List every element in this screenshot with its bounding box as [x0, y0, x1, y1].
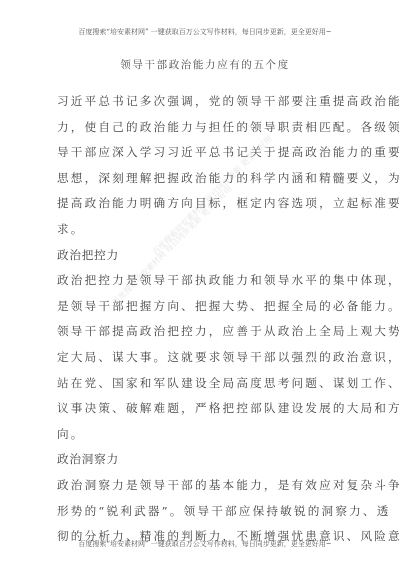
paragraph-line: 领导干部提高政治把控力，应善于从政治上全局上观大势: [57, 319, 362, 345]
section-heading: 政治洞察力: [57, 447, 362, 473]
paragraph-line: 是领导干部把握方向、把握大势、把握全局的必备能力。: [57, 294, 362, 320]
document-body: 习近平总书记多次强调，党的领导干部要注重提高政治能 力，使自己的政治能力与担任的…: [57, 89, 362, 550]
page-header-banner: 百度搜索“培安素材网” 一键获取百万公文写作材料，每日同步更新，更全更好用~: [0, 27, 410, 37]
paragraph-line: 求。: [57, 217, 362, 243]
section-heading: 政治把控力: [57, 243, 362, 269]
paragraph-line: 提高政治能力明确方向目标，框定内容选项，立起标准要: [57, 191, 362, 217]
paragraph-line: 形势的“锐利武器”。领导干部应保持敏锐的洞察力、透: [57, 499, 362, 525]
document-title: 领导干部政治能力应有的五个度: [0, 57, 410, 72]
paragraph-line: 政治洞察力是领导干部的基本能力，是有效应对复杂斗争: [57, 473, 362, 499]
paragraph-line: 导干部应深入学习习近平总书记关于提高政治能力的重要: [57, 140, 362, 166]
paragraph-line: 习近平总书记多次强调，党的领导干部要注重提高政治能: [57, 89, 362, 115]
paragraph-line: 站在党、国家和军队建设全局高度思考问题、谋划工作、: [57, 371, 362, 397]
paragraph-line: 力，使自己的政治能力与担任的领导职责相匹配。各级领: [57, 115, 362, 141]
paragraph-line: 思想，深刻理解把握政治能力的科学内涵和精髓要义，为: [57, 166, 362, 192]
paragraph-line: 定大局、谋大事。这就要求领导干部以强烈的政治意识，: [57, 345, 362, 371]
page-footer-banner: 百度搜索“培安素材网” 一键获取百万公文写作材料，每日同步更新，更全更好用~: [0, 539, 410, 549]
paragraph-line: 议事决策、破解难题，严格把控部队建设发展的大局和方: [57, 396, 362, 422]
paragraph-line: 政治把控力是领导干部执政能力和领导水平的集中体现，: [57, 268, 362, 294]
paragraph-line: 向。: [57, 422, 362, 448]
